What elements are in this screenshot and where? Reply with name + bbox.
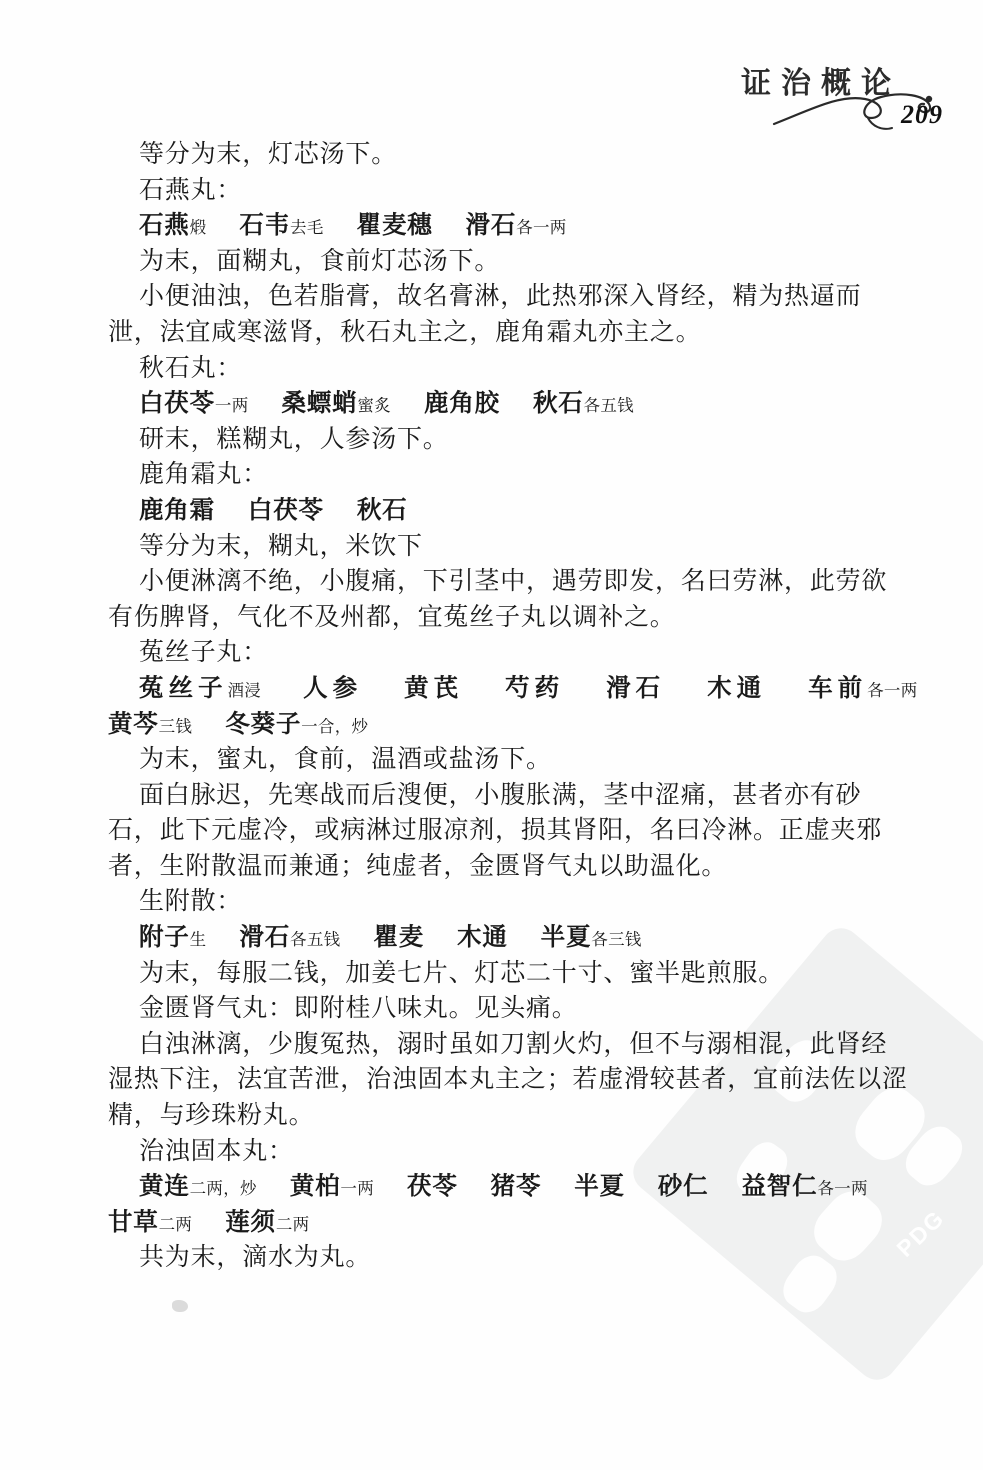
text-segment: 滑石 (239, 924, 290, 951)
text-line-ingredients: 鹿角霜白茯苓秋石 (108, 493, 983, 529)
text-line-body: 小便淋漓不绝，小腹痛，下引茎中，遇劳即发，名曰劳淋，此劳欲 (108, 564, 983, 600)
annotation-text: 生 (190, 930, 207, 949)
text-line-body: 为末，蜜丸，食前，温酒或盐汤下。 (108, 742, 983, 778)
page-number: 209 (901, 100, 943, 130)
text-line-recipe-name: 生附散： (108, 884, 983, 920)
text-segment: 生附散： (139, 888, 242, 915)
annotation-text: 各三钱 (591, 930, 641, 949)
annotation-text: 去毛 (290, 218, 324, 237)
text-segment: 小便淋漓不绝，小腹痛，下引茎中，遇劳即发，名曰劳淋，此劳欲 (139, 568, 887, 595)
text-segment: 治浊固本丸： (139, 1138, 294, 1165)
text-line-recipe-name: 石燕丸： (108, 173, 983, 209)
text-line-recipe-name: 菟丝子丸： (108, 635, 983, 671)
text-block: 等分为末，灯芯汤下。石燕丸：石燕煅石韦去毛瞿麦穗滑石各一两为末，面糊丸，食前灯芯… (0, 137, 983, 1276)
text-segment: 人参 (303, 675, 362, 702)
text-line-body: 共为末，滴水为丸。 (108, 1240, 983, 1276)
text-segment: 鹿角霜丸： (139, 461, 268, 488)
text-segment: 半夏 (541, 924, 592, 951)
text-segment: 湿热下注，法宜苦泄，治浊固本丸主之；若虚滑较甚者，宜前法佐以涩 (108, 1066, 908, 1093)
text-line-body: 泄，法宜咸寒滋肾，秋石丸主之，鹿角霜丸亦主之。 (108, 315, 983, 351)
text-segment: 精，与珍珠粉丸。 (108, 1102, 314, 1129)
text-line-recipe-name: 鹿角霜丸： (108, 457, 983, 493)
annotation-text: 一两 (340, 1179, 374, 1198)
text-segment: 冬葵子 (225, 711, 301, 738)
annotation-text: 各一两 (817, 1179, 867, 1198)
annotation-text: 各一两 (516, 218, 566, 237)
text-line-ingredients: 附子生滑石各五钱瞿麦木通半夏各三钱 (108, 920, 983, 956)
text-segment: 滑石 (606, 675, 665, 702)
text-segment: 秋石 (357, 497, 408, 524)
text-line-ingredients: 白茯苓一两桑螵蛸蜜炙鹿角胶秋石各五钱 (108, 386, 983, 422)
text-line-body: 有伤脾肾，气化不及州都，宜菟丝子丸以调补之。 (108, 600, 983, 636)
text-segment: 黄连 (139, 1173, 190, 1200)
text-segment: 等分为末，糊丸，米饮下 (139, 533, 423, 560)
text-segment: 砂仁 (658, 1173, 709, 1200)
text-segment: 等分为末，灯芯汤下。 (139, 141, 397, 168)
text-segment: 有伤脾肾，气化不及州都，宜菟丝子丸以调补之。 (108, 604, 676, 631)
text-segment: 木通 (707, 675, 766, 702)
text-line-ingredients: 石燕煅石韦去毛瞿麦穗滑石各一两 (108, 208, 983, 244)
text-line-body: 小便油浊，色若脂膏，故名膏淋，此热邪深入肾经，精为热逼而 (108, 279, 983, 315)
text-segment: 木通 (457, 924, 508, 951)
annotation-text: 蜜炙 (357, 396, 391, 415)
text-segment: 鹿角胶 (424, 390, 500, 417)
text-segment: 半夏 (574, 1173, 625, 1200)
text-line-ingredients: 甘草二两莲须二两 (108, 1205, 983, 1241)
text-segment: 石韦 (239, 212, 290, 239)
text-segment: 黄柏 (290, 1173, 341, 1200)
text-segment: 黄芩 (108, 711, 159, 738)
annotation-text: 一合，炒 (301, 717, 368, 736)
text-line-body: 为末，每服二钱，加姜七片、灯芯二十寸、蜜半匙煎服。 (108, 956, 983, 992)
text-segment: 甘草 (108, 1209, 159, 1236)
text-line-recipe-name: 秋石丸： (108, 351, 983, 387)
text-segment: 猪苓 (491, 1173, 542, 1200)
text-line-body: 研末，糕糊丸，人参汤下。 (108, 422, 983, 458)
text-segment: 为末，面糊丸，食前灯芯汤下。 (139, 248, 500, 275)
text-segment: 白浊淋漓，少腹冤热，溺时虽如刀割火灼，但不与溺相混，此肾经 (139, 1031, 887, 1058)
text-segment: 白茯苓 (248, 497, 324, 524)
annotation-text: 煅 (190, 218, 207, 237)
text-line-body: 面白脉迟，先寒战而后溲便，小腹胀满，茎中涩痛，甚者亦有砂 (108, 778, 983, 814)
text-segment: 石，此下元虚冷，或病淋过服凉剂，损其肾阳，名曰冷淋。正虚夹邪 (108, 817, 882, 844)
annotation-text: 三钱 (159, 717, 193, 736)
scan-smudge (172, 1300, 188, 1312)
text-segment: 芍药 (505, 675, 564, 702)
text-segment: 附子 (139, 924, 190, 951)
text-segment: 瞿麦穗 (357, 212, 433, 239)
text-line-body: 金匮肾气丸：即附桂八味丸。见头痛。 (108, 991, 983, 1027)
text-segment: 益智仁 (741, 1173, 817, 1200)
text-segment: 共为末，滴水为丸。 (139, 1244, 371, 1271)
text-segment: 秋石丸： (139, 355, 242, 382)
text-line-ingredients: 黄芩三钱冬葵子一合，炒 (108, 707, 983, 743)
annotation-text: 一两 (215, 396, 249, 415)
annotation-text: 各五钱 (290, 930, 340, 949)
text-segment: 茯苓 (407, 1173, 458, 1200)
text-line-ingredients: 黄连二两，炒黄柏一两茯苓猪苓半夏砂仁益智仁各一两 (108, 1169, 983, 1205)
text-segment: 菟丝子 (139, 675, 228, 702)
text-segment: 滑石 (466, 212, 517, 239)
text-line-recipe-name: 治浊固本丸： (108, 1134, 983, 1170)
text-segment: 鹿角霜 (139, 497, 215, 524)
text-segment: 车前 (808, 675, 867, 702)
text-segment: 研末，糕糊丸，人参汤下。 (139, 426, 449, 453)
text-line-body: 等分为末，糊丸，米饮下 (108, 529, 983, 565)
annotation-text: 酒浸 (228, 681, 262, 700)
text-segment: 为末，蜜丸，食前，温酒或盐汤下。 (139, 746, 552, 773)
text-segment: 石燕 (139, 212, 190, 239)
text-segment: 泄，法宜咸寒滋肾，秋石丸主之，鹿角霜丸亦主之。 (108, 319, 701, 346)
annotation-text: 二两 (159, 1215, 193, 1234)
text-segment: 瞿麦 (373, 924, 424, 951)
text-segment: 石燕丸： (139, 177, 242, 204)
text-segment: 黄芪 (404, 675, 463, 702)
text-line-body: 为末，面糊丸，食前灯芯汤下。 (108, 244, 983, 280)
annotation-text: 二两，炒 (190, 1179, 257, 1198)
annotation-text: 二两 (276, 1215, 310, 1234)
annotation-text: 各一两 (867, 681, 917, 700)
text-segment: 为末，每服二钱，加姜七片、灯芯二十寸、蜜半匙煎服。 (139, 960, 784, 987)
text-segment: 面白脉迟，先寒战而后溲便，小腹胀满，茎中涩痛，甚者亦有砂 (139, 782, 861, 809)
annotation-text: 各五钱 (584, 396, 634, 415)
text-line-body: 白浊淋漓，少腹冤热，溺时虽如刀割火灼，但不与溺相混，此肾经 (108, 1027, 983, 1063)
text-line-body: 精，与珍珠粉丸。 (108, 1098, 983, 1134)
text-segment: 白茯苓 (139, 390, 215, 417)
text-line-body: 湿热下注，法宜苦泄，治浊固本丸主之；若虚滑较甚者，宜前法佐以涩 (108, 1062, 983, 1098)
text-line-body: 石，此下元虚冷，或病淋过服凉剂，损其肾阳，名曰冷淋。正虚夹邪 (108, 813, 983, 849)
text-line-body: 等分为末，灯芯汤下。 (108, 137, 983, 173)
text-segment: 者，生附散温而兼通；纯虚者，金匮肾气丸以助温化。 (108, 853, 727, 880)
text-segment: 桑螵蛸 (282, 390, 358, 417)
text-line-ingredients: 菟丝子酒浸人参黄芪芍药滑石木通车前各一两 (108, 671, 983, 707)
text-segment: 秋石 (533, 390, 584, 417)
text-segment: 小便油浊，色若脂膏，故名膏淋，此热邪深入肾经，精为热逼而 (139, 283, 861, 310)
text-segment: 金匮肾气丸：即附桂八味丸。见头痛。 (139, 995, 578, 1022)
text-line-body: 者，生附散温而兼通；纯虚者，金匮肾气丸以助温化。 (108, 849, 983, 885)
text-segment: 莲须 (225, 1209, 276, 1236)
text-segment: 菟丝子丸： (139, 639, 268, 666)
